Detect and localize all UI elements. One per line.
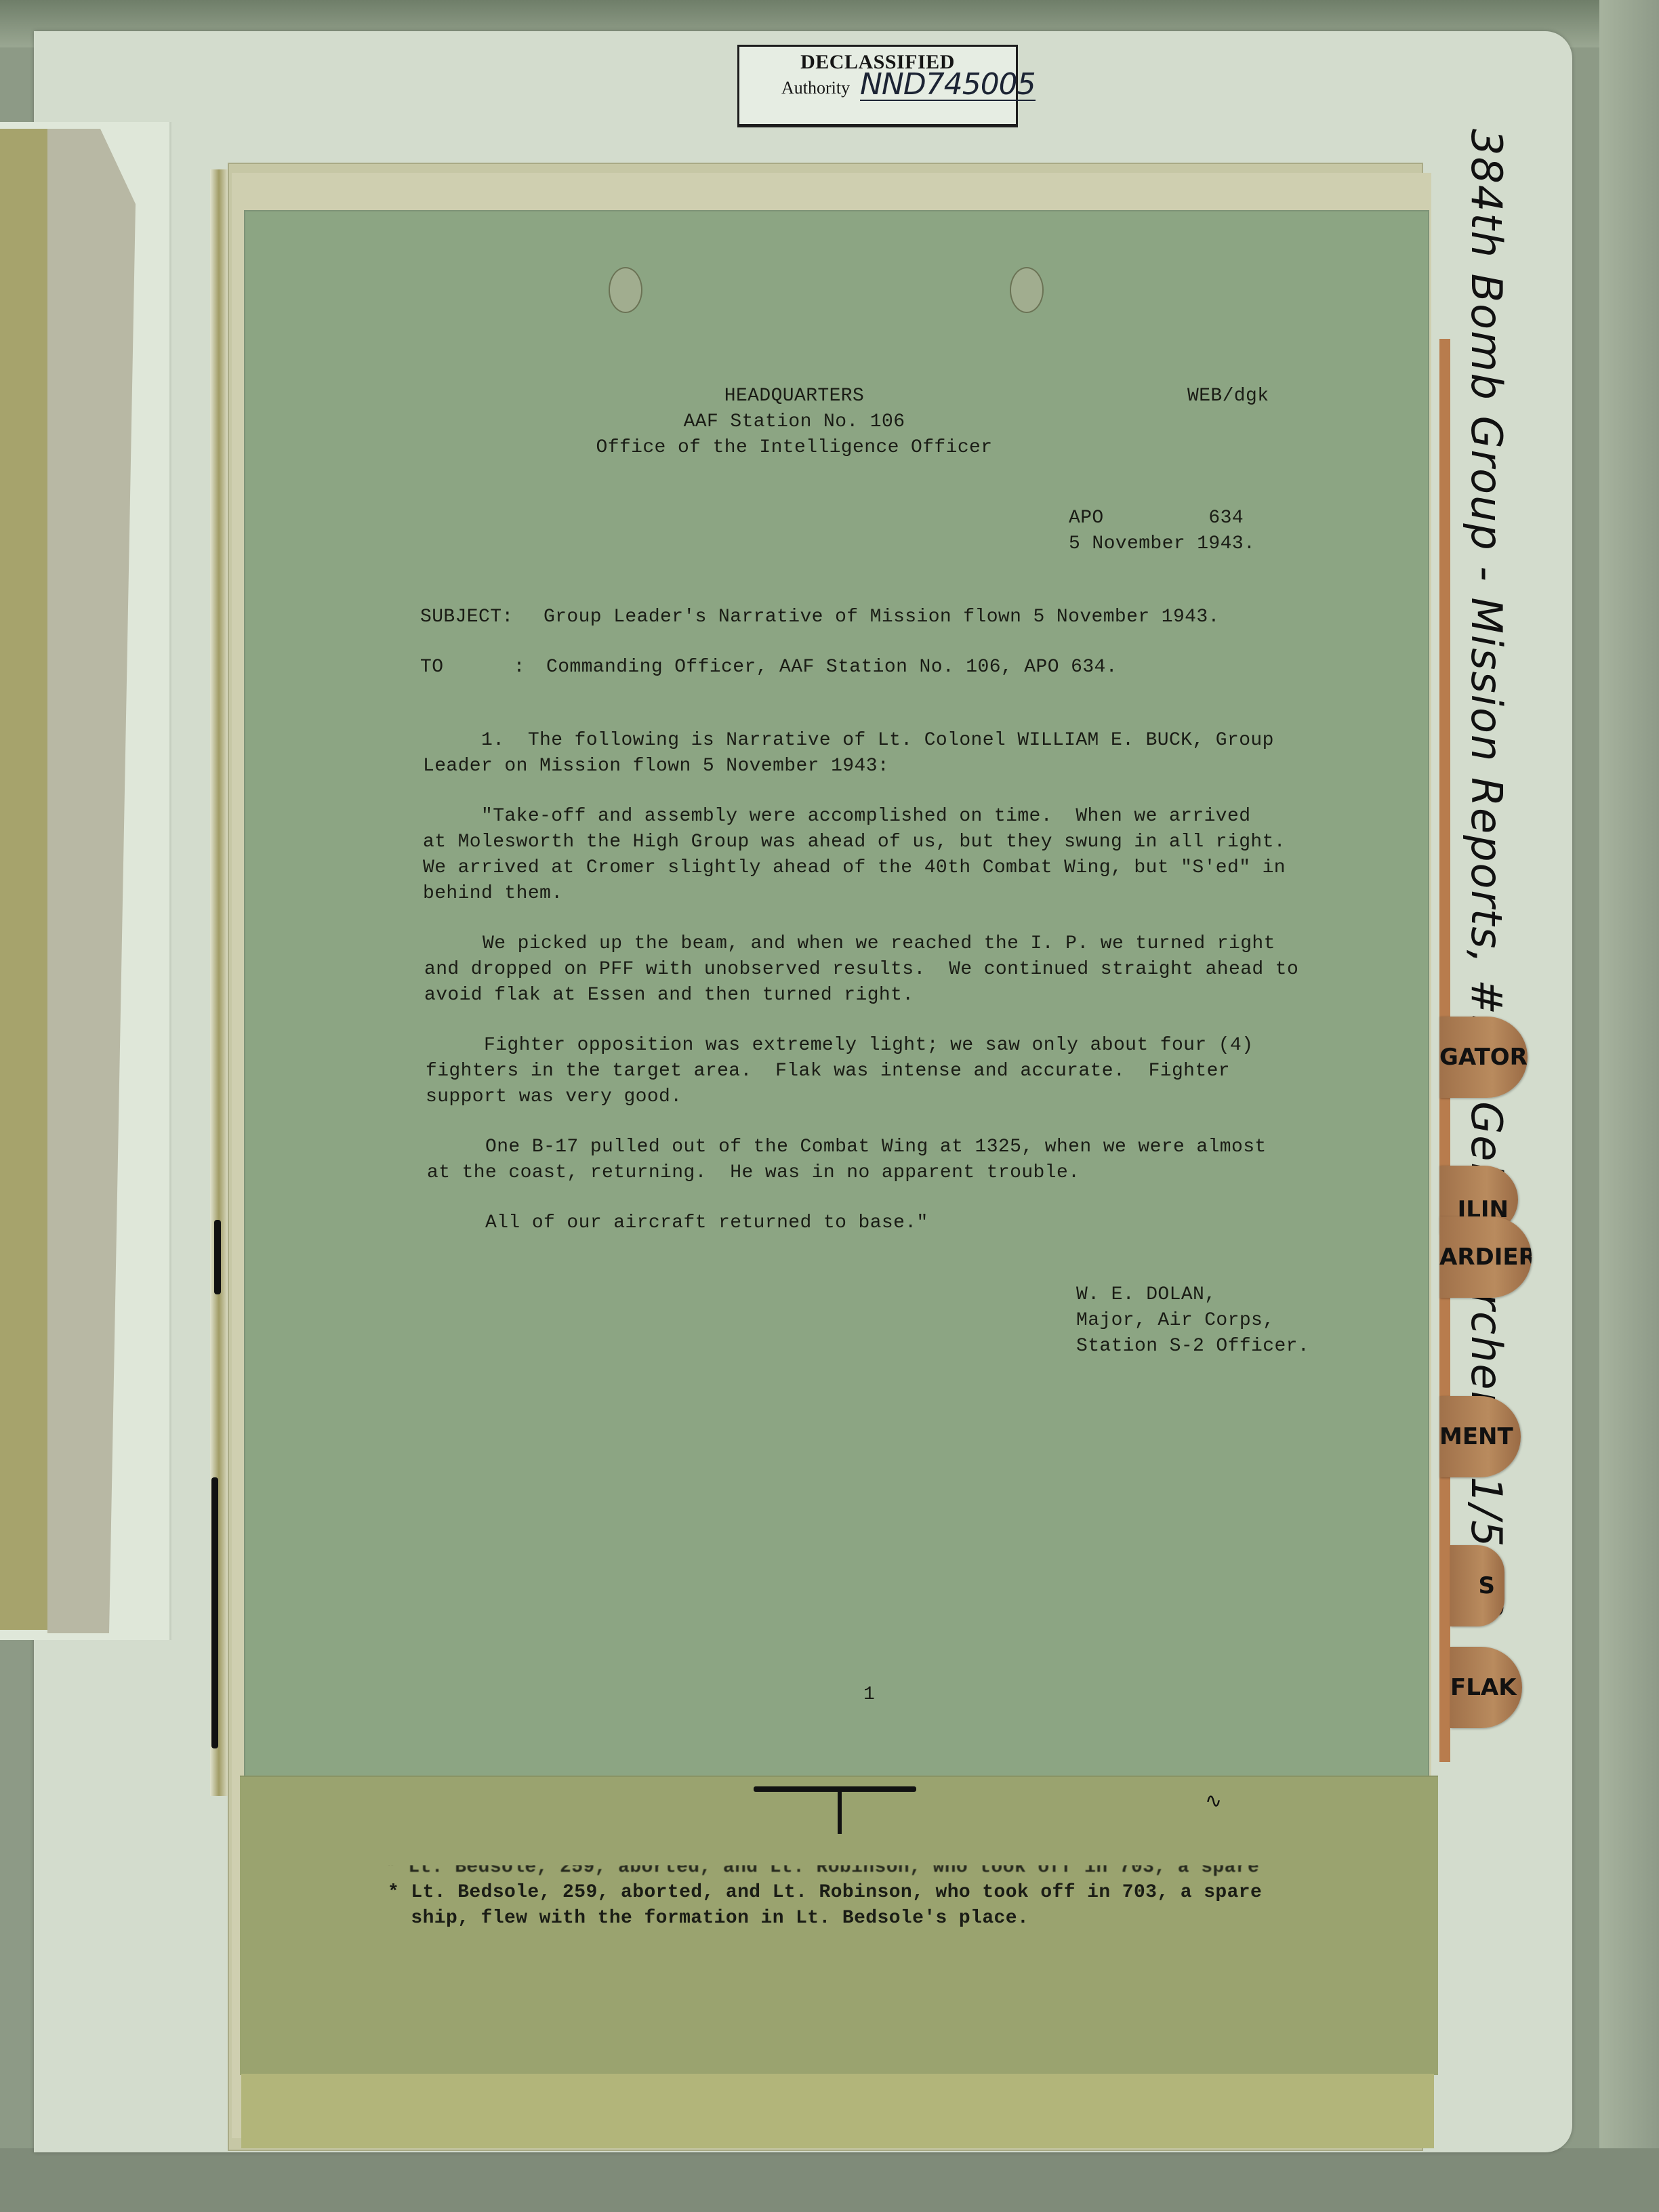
subject-label: SUBJECT: xyxy=(420,605,514,630)
header-headquarters: HEADQUARTERS xyxy=(679,384,909,409)
page-number: 1 xyxy=(863,1682,875,1707)
tab-label: MENT xyxy=(1439,1423,1513,1450)
header-station: AAF Station No. 106 xyxy=(625,409,964,434)
paragraph-line: We arrived at Cromer slightly ahead of t… xyxy=(423,855,1286,880)
paragraph-line: One B-17 pulled out of the Combat Wing a… xyxy=(427,1134,1267,1160)
paragraph-line: 1. The following is Narrative of Lt. Col… xyxy=(423,728,1274,753)
paragraph-line: behind them. xyxy=(423,881,562,906)
declassified-stamp: DECLASSIFIED Authority NND745005 xyxy=(737,45,1018,127)
ink-squiggle: ∿ xyxy=(1205,1789,1222,1814)
tee-mark-stem xyxy=(838,1789,842,1834)
ink-mark xyxy=(214,1220,221,1294)
paragraph-line: at the coast, returning. He was in no ap… xyxy=(427,1160,1080,1185)
paragraph-line: We picked up the beam, and when we reach… xyxy=(424,931,1275,956)
index-tab-equipment[interactable]: MENT xyxy=(1439,1396,1521,1477)
subject-text: Group Leader's Narrative of Mission flow… xyxy=(544,605,1220,630)
memo-page: HEADQUARTERS AAF Station No. 106 Office … xyxy=(244,210,1429,1778)
ink-mark xyxy=(211,1477,218,1748)
apo-number: APO 634 xyxy=(1069,506,1244,531)
footnote-line-1: * Lt. Bedsole, 259, aborted, and Lt. Rob… xyxy=(388,1880,1262,1905)
signature-rank: Major, Air Corps, xyxy=(1076,1308,1274,1333)
to-label: TO : xyxy=(420,655,525,680)
tab-label: FLAK xyxy=(1450,1674,1517,1701)
reference-initials: WEB/dgk xyxy=(1187,384,1269,409)
paragraph-line: All of our aircraft returned to base." xyxy=(427,1210,928,1235)
background-right xyxy=(1599,0,1659,2212)
paragraph-line: Fighter opposition was extremely light; … xyxy=(426,1033,1253,1058)
signature-name: W. E. DOLAN, xyxy=(1076,1282,1216,1307)
tee-mark xyxy=(754,1786,916,1792)
authority-number: NND745005 xyxy=(860,70,1036,101)
to-text: Commanding Officer, AAF Station No. 106,… xyxy=(546,655,1118,680)
authority-label: Authority xyxy=(781,78,850,98)
paragraph-line: at Molesworth the High Group was ahead o… xyxy=(423,829,1286,855)
background-bottom xyxy=(0,2148,1659,2212)
index-tab-s[interactable]: S xyxy=(1450,1545,1504,1626)
paragraph-line: "Take-off and assembly were accomplished… xyxy=(423,804,1250,829)
paragraph-line: support was very good. xyxy=(426,1084,682,1109)
tab-label: ARDIER xyxy=(1439,1244,1532,1271)
footnote-line-2: ship, flew with the formation in Lt. Bed… xyxy=(388,1906,1029,1931)
index-tab-bombardier[interactable]: ARDIER xyxy=(1439,1216,1532,1298)
underlying-page-strip xyxy=(241,2074,1434,2148)
paragraph-line: and dropped on PFF with unobserved resul… xyxy=(424,957,1298,982)
header-office: Office of the Intelligence Officer xyxy=(557,435,1031,460)
memo-date: 5 November 1943. xyxy=(1069,531,1255,556)
index-tab-navigator[interactable]: GATOR xyxy=(1439,1017,1528,1098)
paragraph-line: fighters in the target area. Flak was in… xyxy=(426,1059,1230,1084)
paragraph-line: Leader on Mission flown 5 November 1943: xyxy=(423,754,889,779)
tab-label: S xyxy=(1479,1572,1496,1599)
punch-hole xyxy=(1010,267,1044,313)
paragraph-line: avoid flak at Essen and then turned righ… xyxy=(424,983,914,1008)
punch-hole xyxy=(609,267,642,313)
signature-title: Station S-2 Officer. xyxy=(1076,1334,1309,1359)
tab-label: GATOR xyxy=(1439,1044,1528,1071)
